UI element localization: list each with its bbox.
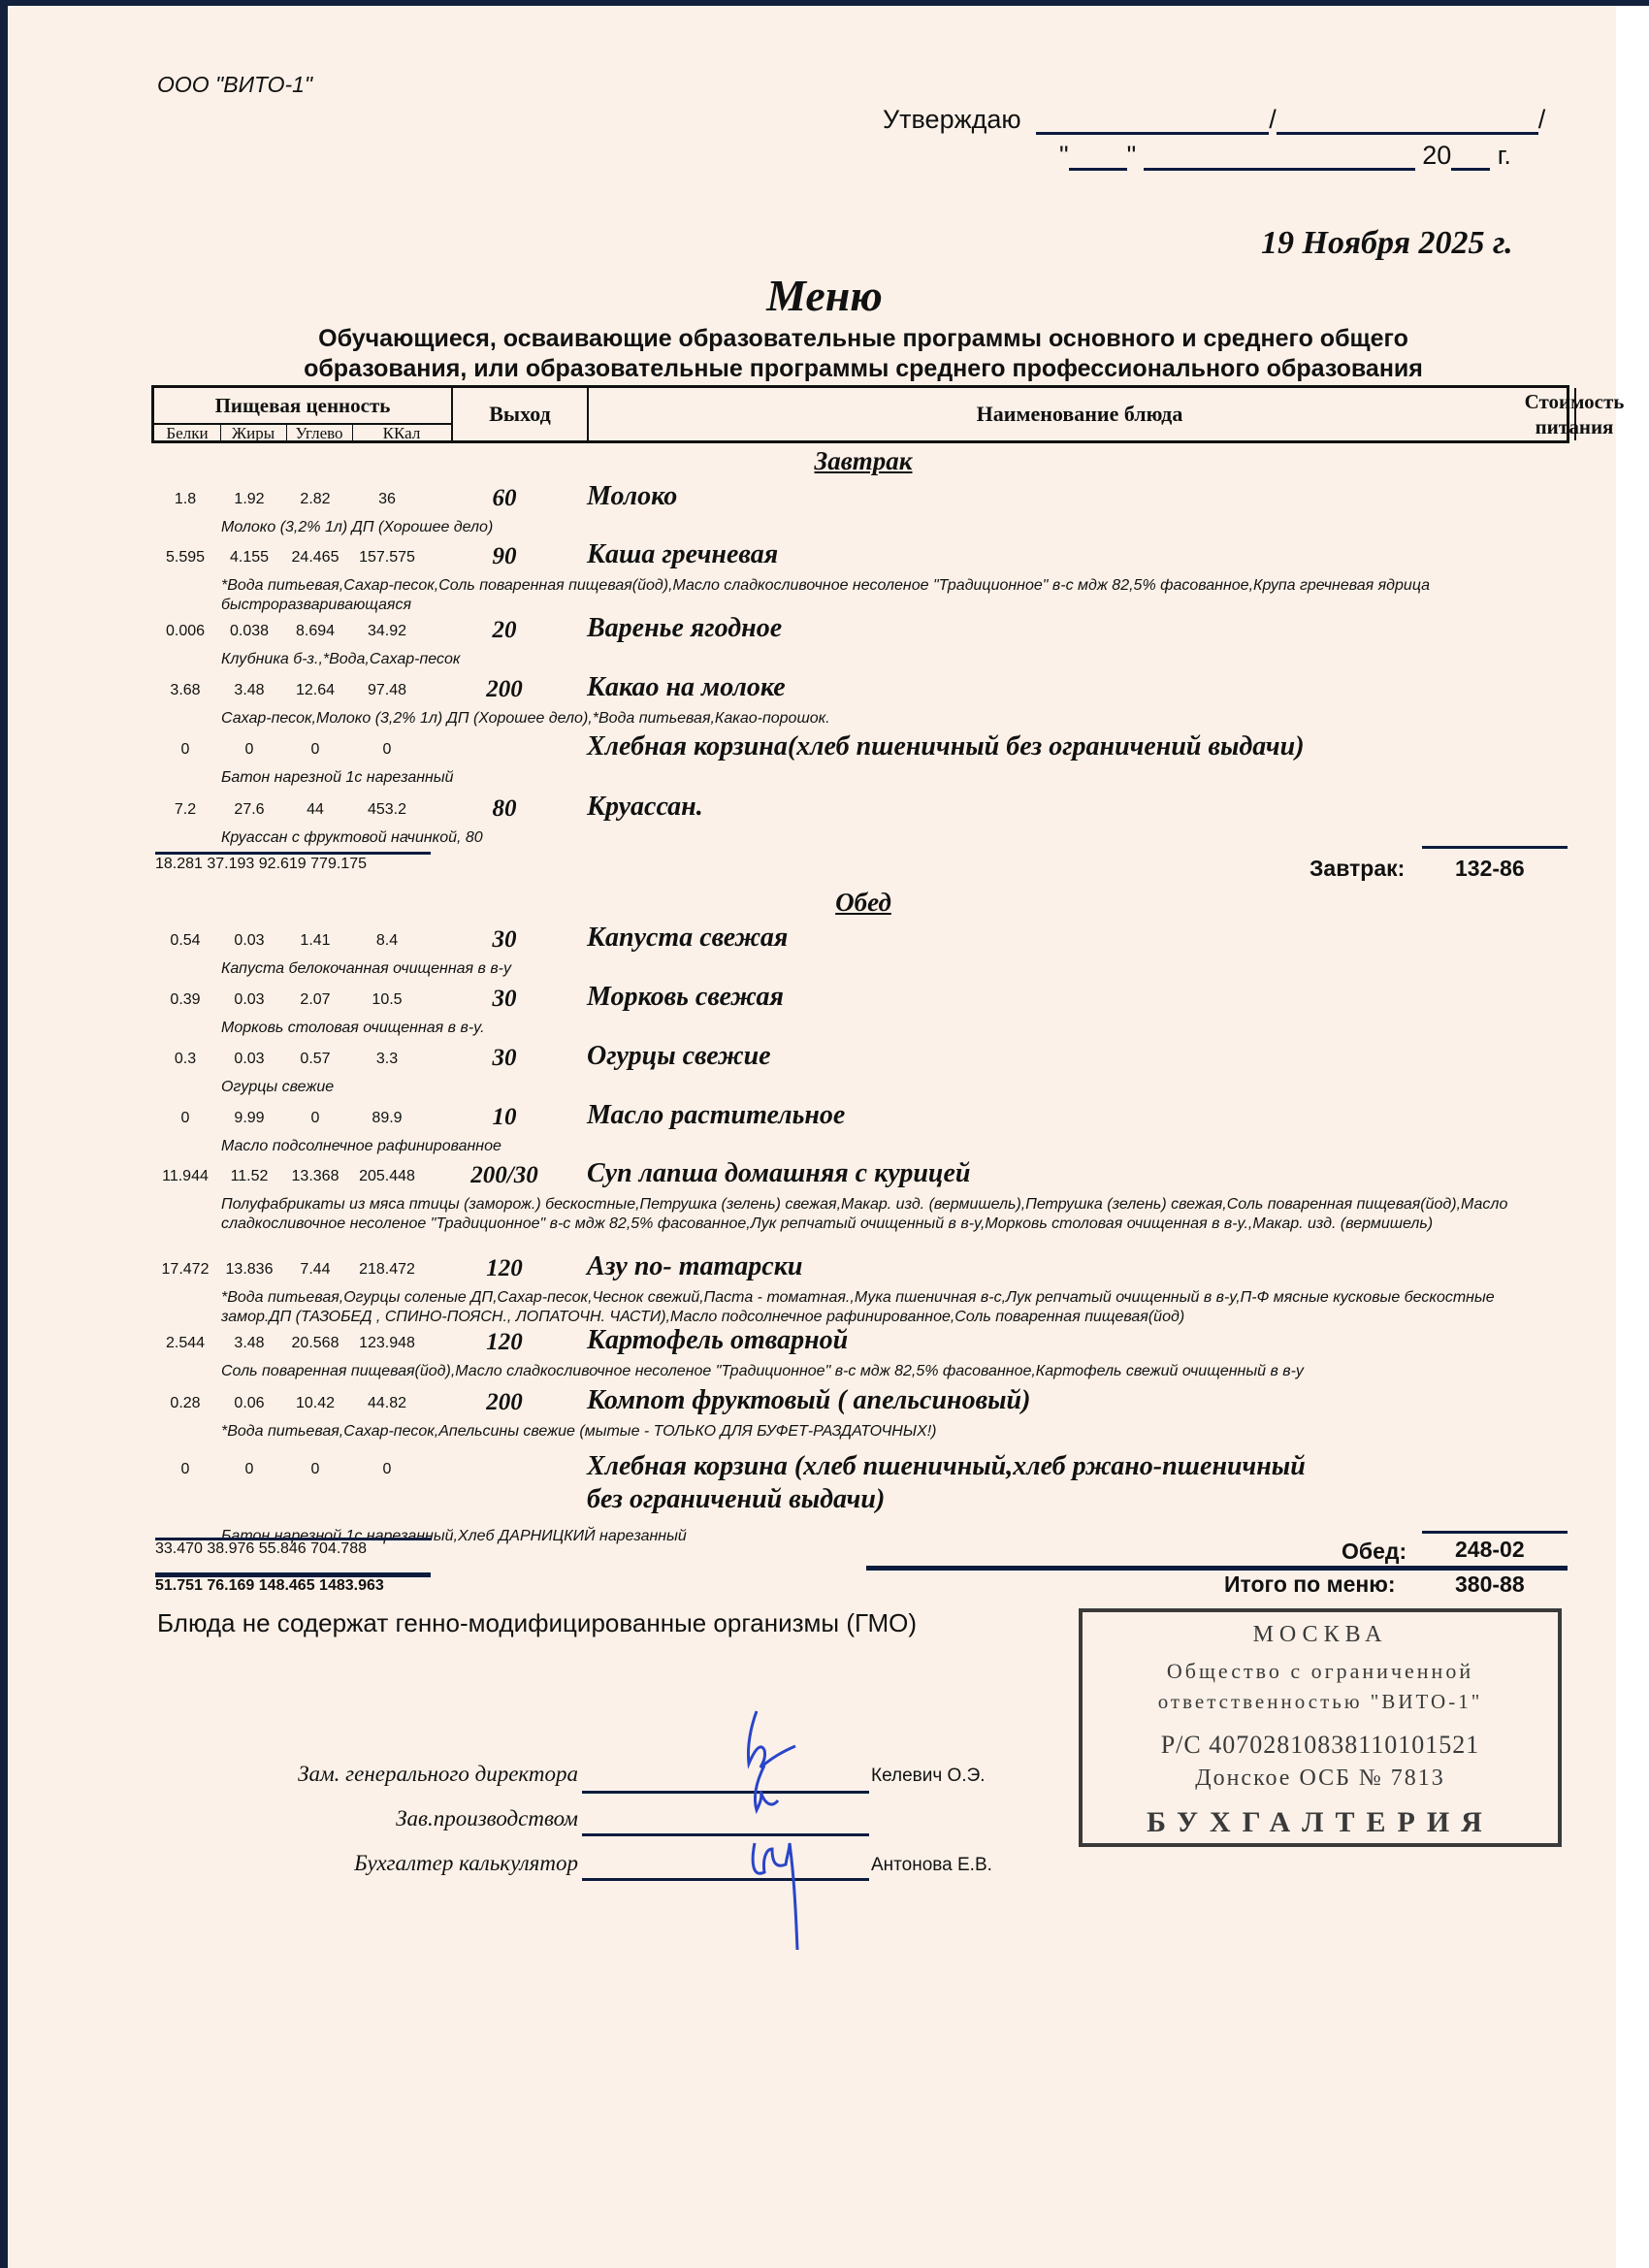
stamp-city: МОСКВА: [1083, 1622, 1558, 1648]
yield-value: 200: [456, 676, 553, 703]
kcal-value: 44.82: [353, 1395, 421, 1412]
fat-value: 0: [215, 1461, 283, 1478]
dish-ingredients: Масло подсолнечное рафинированное: [221, 1137, 1560, 1156]
fat-value: 0.038: [215, 623, 283, 640]
approval-sep: /: [1538, 105, 1546, 134]
header-nutrition: Пищевая ценность: [154, 388, 451, 425]
dish-name: Азу по- татарски: [587, 1251, 802, 1282]
dish-ingredients: Полуфабрикаты из мяса птицы (заморож.) б…: [221, 1195, 1560, 1234]
dish-name: Суп лапша домашняя с курицей: [587, 1158, 971, 1189]
breakfast-cost-rule: [1422, 846, 1568, 849]
approval-date-block: "" 20 г.: [1059, 141, 1511, 171]
kcal-value: 36: [353, 491, 421, 508]
handwritten-signature: [718, 1707, 834, 1960]
dish-name: Морковь свежая: [587, 982, 784, 1013]
protein-value: 17.472: [151, 1261, 219, 1279]
fat-value: 13.836: [215, 1261, 283, 1279]
stamp-bank: Донское ОСБ № 7813: [1083, 1766, 1558, 1792]
header-carbs: Углево: [286, 424, 353, 443]
fat-value: 0.06: [215, 1395, 283, 1412]
protein-value: 5.595: [151, 549, 219, 567]
header-fats: Жиры: [220, 424, 287, 443]
kcal-value: 10.5: [353, 991, 421, 1009]
yield-value: 10: [456, 1104, 553, 1131]
carb-value: 0: [281, 741, 349, 759]
stamp-org-name: ответственностью "ВИТО-1": [1083, 1690, 1558, 1714]
dish-ingredients: Сахар-песок,Молоко (3,2% 1л) ДП (Хорошее…: [221, 709, 1560, 729]
carb-value: 44: [281, 801, 349, 819]
dish-name: Молоко: [587, 481, 677, 512]
protein-value: 0: [151, 1461, 219, 1478]
yield-value: 200/30: [456, 1162, 553, 1189]
fat-value: 4.155: [215, 549, 283, 567]
kcal-value: 157.575: [353, 549, 421, 567]
kcal-value: 453.2: [353, 801, 421, 819]
protein-value: 0.39: [151, 991, 219, 1009]
grand-total-cost: 380-88: [1455, 1571, 1525, 1598]
lunch-nutrition-totals: 33.470 38.976 55.846 704.788: [155, 1540, 367, 1558]
protein-value: 0.54: [151, 932, 219, 950]
lunch-cost-rule: [1422, 1531, 1568, 1534]
table-header: Пищевая ценность Белки Жиры Углево ККал …: [151, 385, 1569, 443]
yield-value: 30: [456, 1045, 553, 1072]
header-cost-line1: Стоимость: [1525, 390, 1625, 413]
quote-close: ": [1127, 141, 1137, 170]
grand-nutrition-totals: 51.751 76.169 148.465 1483.963: [155, 1577, 384, 1595]
fat-value: 0.03: [215, 991, 283, 1009]
fat-value: 1.92: [215, 491, 283, 508]
carb-value: 1.41: [281, 932, 349, 950]
dish-name: Круассан.: [587, 792, 703, 823]
header-kcal: ККал: [352, 424, 451, 443]
dish-name: Картофель отварной: [587, 1325, 848, 1356]
signature-role-1: Зам. генерального директора: [229, 1762, 578, 1787]
dish-ingredients: *Вода питьевая,Сахар-песок,Апельсины све…: [221, 1422, 1560, 1442]
carb-value: 2.82: [281, 491, 349, 508]
approval-sep: /: [1269, 105, 1277, 134]
carb-value: 0.57: [281, 1051, 349, 1068]
kcal-value: 205.448: [353, 1168, 421, 1185]
yield-value: 120: [456, 1255, 553, 1282]
yield-value: 60: [456, 485, 553, 512]
protein-value: 11.944: [151, 1168, 219, 1185]
dish-ingredients: Батон нарезной 1с нарезанный: [221, 768, 1560, 788]
fat-value: 0.03: [215, 932, 283, 950]
dish-name: Каша гречневая: [587, 539, 778, 570]
subtitle-line-2: образования, или образовательные програм…: [155, 354, 1571, 384]
dish-ingredients: Огурцы свежие: [221, 1078, 1560, 1097]
carb-value: 10.42: [281, 1395, 349, 1412]
yield-value: 120: [456, 1329, 553, 1356]
fat-value: 11.52: [215, 1168, 283, 1185]
carb-value: 0: [281, 1461, 349, 1478]
carb-value: 0: [281, 1110, 349, 1127]
dish-name: Хлебная корзина(хлеб пшеничный без огран…: [587, 731, 1305, 762]
kcal-value: 0: [353, 1461, 421, 1478]
scan-edge-left: [0, 0, 8, 2268]
breakfast-nutrition-totals: 18.281 37.193 92.619 779.175: [155, 856, 367, 873]
approval-signature-line: [1036, 109, 1269, 135]
fat-value: 9.99: [215, 1110, 283, 1127]
protein-value: 0.006: [151, 623, 219, 640]
fat-value: 0.03: [215, 1051, 283, 1068]
section-lunch-title: Обед: [0, 888, 1649, 918]
dish-ingredients: Молоко (3,2% 1л) ДП (Хорошее дело): [221, 518, 1560, 537]
protein-value: 0.28: [151, 1395, 219, 1412]
carb-value: 24.465: [281, 549, 349, 567]
lunch-total-label: Обед:: [1342, 1539, 1406, 1565]
yield-value: 80: [456, 795, 553, 823]
kcal-value: 218.472: [353, 1261, 421, 1279]
dish-name: Какао на молоке: [587, 672, 786, 703]
grand-total-rule: [866, 1566, 1568, 1571]
breakfast-total-cost: 132-86: [1455, 856, 1525, 882]
section-breakfast-title: Завтрак: [0, 446, 1649, 476]
dish-ingredients: Клубника б-з.,*Вода,Сахар-песок: [221, 650, 1560, 669]
dish-ingredients: *Вода питьевая,Сахар-песок,Соль поваренн…: [221, 576, 1560, 615]
kcal-value: 0: [353, 741, 421, 759]
dish-name: Варенье ягодное: [587, 613, 782, 644]
company-stamp: МОСКВА Общество с ограниченной ответстве…: [1079, 1608, 1562, 1847]
approval-label: Утверждаю: [883, 105, 1021, 134]
stamp-account: Р/С 40702810838110101521: [1083, 1731, 1558, 1760]
protein-value: 3.68: [151, 682, 219, 699]
kcal-value: 8.4: [353, 932, 421, 950]
signature-name-3: Антонова Е.В.: [871, 1855, 992, 1876]
stamp-org-type: Общество с ограниченной: [1083, 1659, 1558, 1684]
kcal-value: 3.3: [353, 1051, 421, 1068]
fat-value: 0: [215, 741, 283, 759]
yield-value: 30: [456, 986, 553, 1013]
dish-name: Огурцы свежие: [587, 1041, 771, 1072]
header-yield: Выход: [451, 388, 589, 440]
breakfast-total-label: Завтрак:: [1309, 856, 1405, 882]
yield-value: 30: [456, 926, 553, 954]
organization-name: ООО "ВИТО-1": [157, 72, 312, 98]
header-cost-line2: питания: [1536, 415, 1614, 438]
protein-value: 1.8: [151, 491, 219, 508]
signature-role-3: Бухгалтер калькулятор: [229, 1851, 578, 1876]
signature-role-2: Зав.производством: [229, 1806, 578, 1831]
protein-value: 0: [151, 741, 219, 759]
breakfast-totals-rule: [155, 852, 431, 855]
dish-name-continued: без ограничений выдачи): [587, 1484, 885, 1515]
year-suffix: г.: [1498, 141, 1511, 170]
protein-value: 0.3: [151, 1051, 219, 1068]
quote-open: ": [1059, 141, 1069, 170]
fat-value: 3.48: [215, 1335, 283, 1352]
kcal-value: 34.92: [353, 623, 421, 640]
dish-ingredients: Круассан с фруктовой начинкой, 80: [221, 828, 1560, 848]
carb-value: 20.568: [281, 1335, 349, 1352]
signature-name-1: Келевич О.Э.: [871, 1766, 986, 1787]
kcal-value: 123.948: [353, 1335, 421, 1352]
dish-name: Капуста свежая: [587, 923, 788, 954]
dish-ingredients: Капуста белокочанная очищенная в в-у: [221, 959, 1560, 979]
protein-value: 0: [151, 1110, 219, 1127]
header-proteins: Белки: [154, 424, 221, 443]
dish-name: Масло растительное: [587, 1100, 845, 1131]
protein-value: 7.2: [151, 801, 219, 819]
dish-name: Хлебная корзина (хлеб пшеничный,хлеб ржа…: [587, 1451, 1306, 1482]
yield-value: 20: [456, 617, 553, 644]
kcal-value: 97.48: [353, 682, 421, 699]
carb-value: 13.368: [281, 1168, 349, 1185]
dish-ingredients: *Вода питьевая,Огурцы соленые ДП,Сахар-п…: [221, 1288, 1560, 1327]
page-title: Меню: [0, 270, 1649, 321]
stamp-department: БУХГАЛТЕРИЯ: [1083, 1806, 1558, 1839]
yield-value: 90: [456, 543, 553, 570]
protein-value: 2.544: [151, 1335, 219, 1352]
dish-ingredients: Соль поваренная пищевая(йод),Масло сладк…: [221, 1362, 1560, 1381]
kcal-value: 89.9: [353, 1110, 421, 1127]
page-subtitle: Обучающиеся, осваивающие образовательные…: [155, 324, 1571, 384]
carb-value: 12.64: [281, 682, 349, 699]
header-dish-name: Наименование блюда: [585, 388, 1576, 440]
approval-name-line: [1277, 109, 1538, 135]
approval-block: Утверждаю //: [883, 105, 1545, 135]
carb-value: 8.694: [281, 623, 349, 640]
approval-month-line: [1144, 145, 1415, 171]
grand-total-label: Итого по меню:: [1224, 1571, 1396, 1598]
yield-value: 200: [456, 1389, 553, 1416]
carb-value: 2.07: [281, 991, 349, 1009]
approval-year-line: [1451, 145, 1490, 171]
gmo-note: Блюда не содержат генно-модифицированные…: [157, 1608, 917, 1638]
menu-date: 19 Ноября 2025 г.: [1261, 225, 1513, 262]
lunch-total-cost: 248-02: [1455, 1537, 1525, 1563]
carb-value: 7.44: [281, 1261, 349, 1279]
approval-day-line: [1069, 145, 1127, 171]
subtitle-line-1: Обучающиеся, осваивающие образовательные…: [155, 324, 1571, 354]
year-prefix: 20: [1422, 141, 1451, 170]
dish-name: Компот фруктовый ( апельсиновый): [587, 1385, 1030, 1416]
fat-value: 27.6: [215, 801, 283, 819]
fat-value: 3.48: [215, 682, 283, 699]
dish-ingredients: Морковь столовая очищенная в в-у.: [221, 1019, 1560, 1038]
